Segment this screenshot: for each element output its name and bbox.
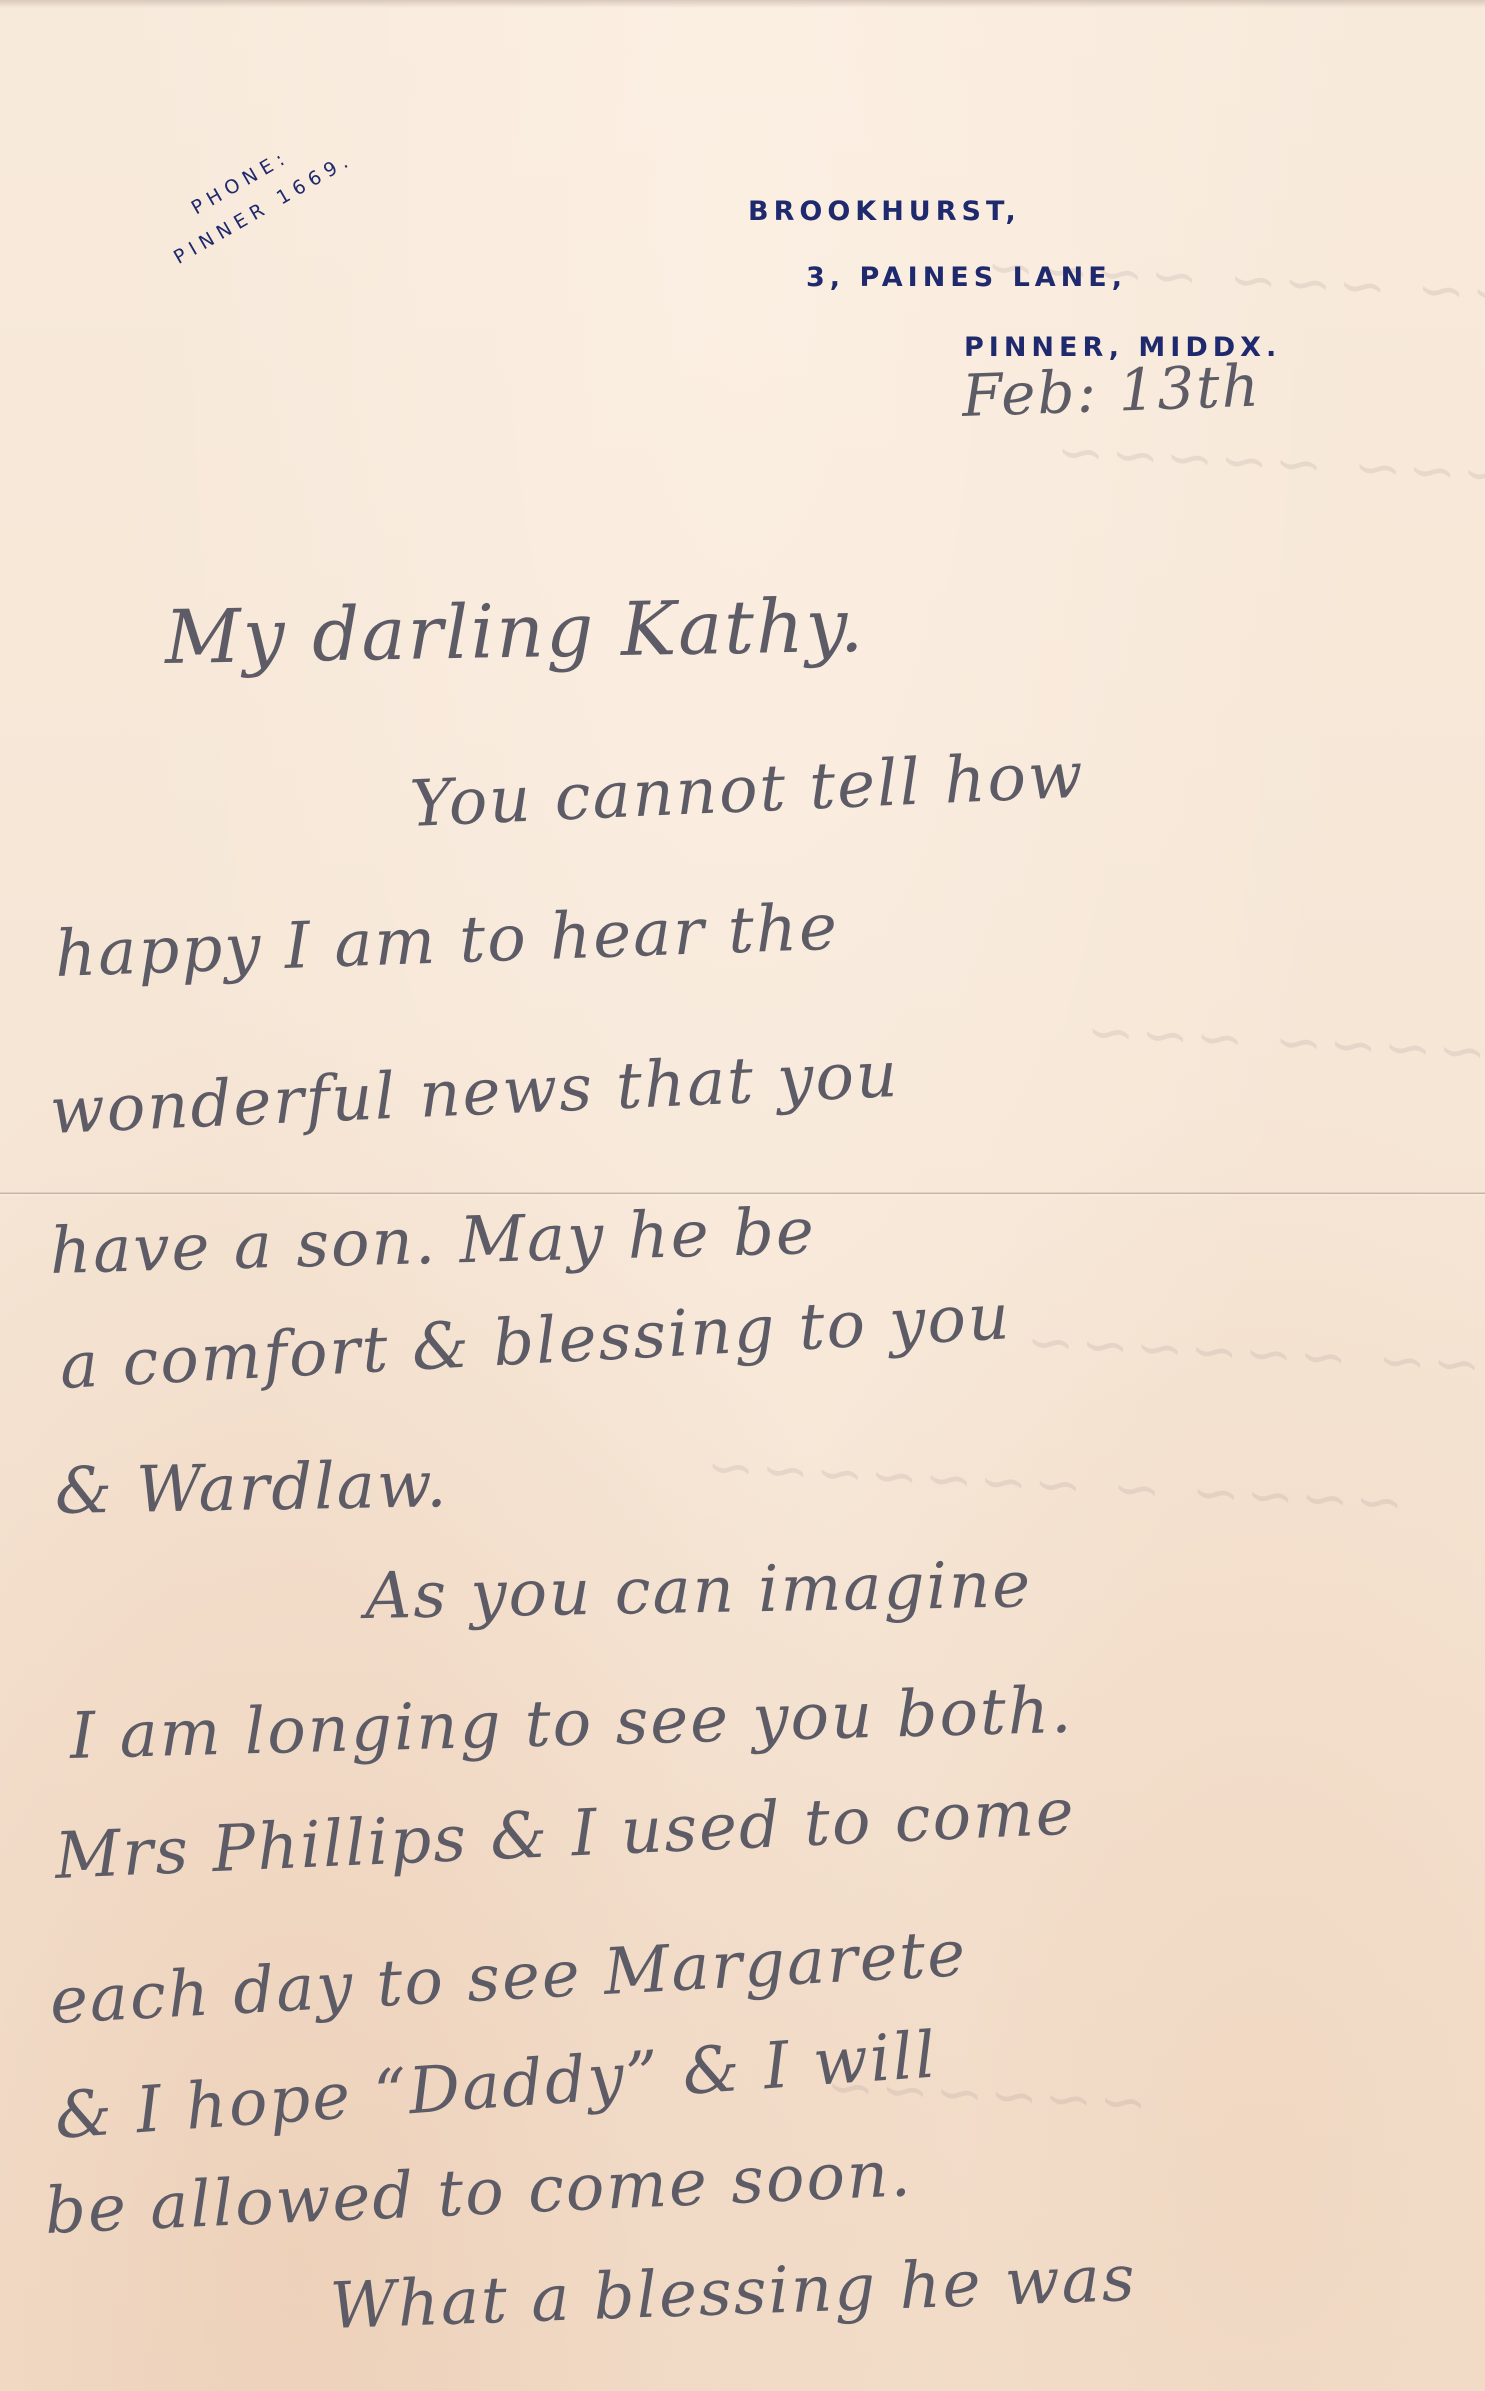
body-line: have a son. May he be xyxy=(49,1195,817,1289)
body-line: As you can imagine xyxy=(364,1548,1032,1634)
fold-crease xyxy=(0,1192,1485,1196)
body-line: & I hope “Daddy” & I will xyxy=(52,2018,939,2154)
salutation: My darling Kathy. xyxy=(164,583,866,681)
body-line: Mrs Phillips & I used to come xyxy=(53,1775,1077,1893)
letter-date: Feb: 13th xyxy=(961,352,1262,430)
body-line: I am longing to see you both. xyxy=(69,1674,1074,1774)
letterhead-phone: PHONE: PINNER 1669. xyxy=(150,113,360,273)
body-line: a comfort & blessing to you xyxy=(58,1280,1013,1404)
body-line: each day to see Margarete xyxy=(48,1917,969,2039)
letter-page: ~~~~~ ~~~ ~~~~ ~~~~ ~~~~~ ~~~~~~ ~~~ ~~~… xyxy=(0,0,1485,2391)
bleed-through-texture: ~~~~ ~~~~~ xyxy=(1049,417,1485,512)
paper-top-edge xyxy=(0,0,1485,8)
body-line: & Wardlaw. xyxy=(54,1448,449,1529)
bleed-through-texture: ~~~~~~ ~~~ xyxy=(1079,997,1485,1092)
body-line: happy I am to hear the xyxy=(54,891,840,992)
body-line: You cannot tell how xyxy=(408,739,1086,842)
letterhead-house-name: BROOKHURST, xyxy=(748,196,1021,227)
body-line: What a blessing he was xyxy=(329,2242,1138,2344)
body-line: be allowed to come soon. xyxy=(43,2137,914,2249)
body-line: wonderful news that you xyxy=(48,1038,900,1149)
bleed-through-texture: ~~~ ~~~~~~ xyxy=(1019,1307,1485,1402)
bleed-through-texture: ~~~~ ~ ~~~~~~~ xyxy=(699,1432,1406,1537)
letterhead-street: 3, PAINES LANE, xyxy=(806,262,1127,293)
